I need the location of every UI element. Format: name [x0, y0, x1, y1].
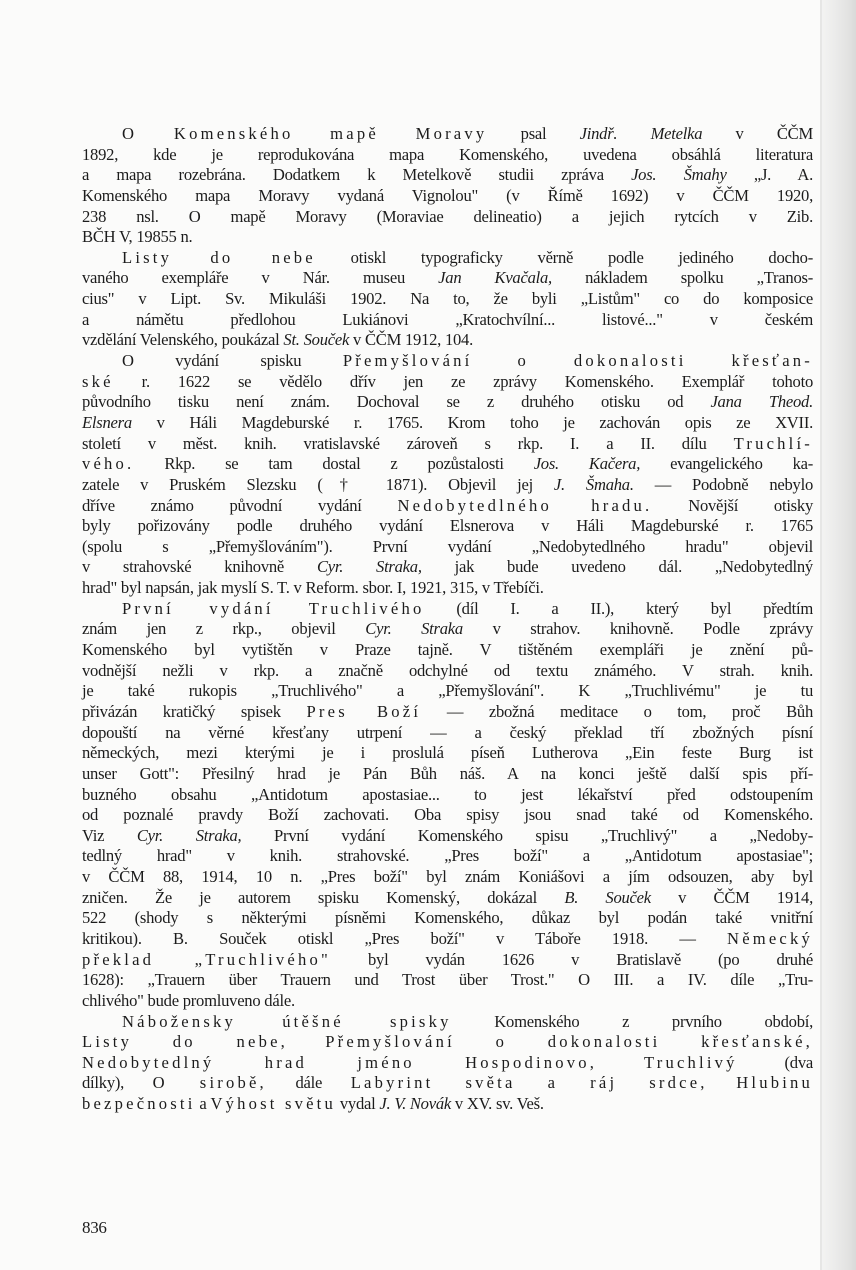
text-run: hrad" byl napsán, jak myslí S. T. v Refo… — [82, 578, 544, 597]
text-run: 1892, kde je reprodukována mapa Komenské… — [82, 145, 813, 164]
text-run: BČH V, 19855 n. — [82, 227, 192, 246]
text-line: ské r. 1622 se vědělo dřív jen ze zprávy… — [82, 372, 813, 393]
text-line: znám jen z rkp., objevil Cyr. Straka v s… — [82, 619, 813, 640]
page-edge-shadow — [820, 0, 856, 1270]
text-line: německých, mezi kterými je i proslulá pí… — [82, 743, 813, 764]
text-run: zatele v Pruském Slezsku († 1871). Objev… — [82, 475, 554, 494]
italic-name-text: Jos. Kačera, — [534, 454, 640, 473]
text-run: byl vydán 1626 v Bratislavě (po druhé — [331, 950, 813, 969]
text-line: původního tisku není znám. Dochoval se z… — [82, 392, 813, 413]
text-line: vaného exempláře v Nár. museu Jan Kvačal… — [82, 268, 813, 289]
text-line: Komenského byl vytištěn v Praze tajně. V… — [82, 640, 813, 661]
text-line: zničen. Že je autorem spisku Komenský, d… — [82, 888, 813, 909]
text-run: v strahov. knihovně. Podle zprávy — [463, 619, 813, 638]
text-run: jak bude uvedeno dál. „Nedobytedlný — [422, 557, 813, 576]
text-run: století v měst. knih. vratislavské zárov… — [82, 434, 734, 453]
text-run: vydal — [336, 1094, 379, 1113]
text-run: dříve známo původní vydání — [82, 496, 397, 515]
text-line: 1628): „Trauern über Trauern und Trost ü… — [82, 970, 813, 991]
italic-name-text: J. V. Novák — [379, 1094, 451, 1113]
text-run: v Háli Magdeburské r. 1765. Krom toho je… — [132, 413, 813, 432]
text-run: německých, mezi kterými je i proslulá pí… — [82, 743, 813, 762]
text-run: buzného obsahu „Antidotum apostasiae... … — [82, 785, 813, 804]
text-run: dílky), — [82, 1073, 153, 1092]
text-line: 522 (shody s některými písněmi Komenskéh… — [82, 908, 813, 929]
text-run: r. 1622 se vědělo dřív jen ze zprávy Kom… — [114, 372, 813, 391]
text-line: Elsnera v Háli Magdeburské r. 1765. Krom… — [82, 413, 813, 434]
text-line: Nábožensky útěšné spisky Komenského z pr… — [82, 1012, 813, 1033]
spaced-title-text: Listy do nebe, — [82, 1032, 288, 1051]
italic-name-text: Jan Kvačala, — [438, 268, 552, 287]
text-line: dopouští na věrné křesťany utrpení — a č… — [82, 723, 813, 744]
text-run: 238 nsl. O mapě Moravy (Moraviae delinea… — [82, 207, 813, 226]
text-run: Rkp. se tam dostal z pozůstalosti — [134, 454, 533, 473]
paragraph: Listy do nebe otiskl typograficky věrně … — [82, 248, 813, 351]
spaced-title-text: překlad „Truchlivého" — [82, 950, 331, 969]
text-run: dopouští na věrné křesťany utrpení — a č… — [82, 723, 813, 742]
text-run: psal — [487, 124, 579, 143]
text-run: O vydání spisku — [122, 351, 343, 370]
text-run: kritikou). B. Souček otiskl „Pres boží" … — [82, 929, 727, 948]
text-run: vzdělání Velenského, poukázal — [82, 330, 283, 349]
text-run: Viz — [82, 826, 137, 845]
text-run: v ČČM 1914, — [651, 888, 813, 907]
text-line: kritikou). B. Souček otiskl „Pres boží" … — [82, 929, 813, 950]
text-run: — Podobně nebylo — [634, 475, 813, 494]
spaced-title-text: Nedobytedlného hradu. — [397, 496, 652, 515]
text-line: hrad" byl napsán, jak myslí S. T. v Refo… — [82, 578, 813, 599]
italic-name-text: St. Souček — [283, 330, 349, 349]
text-line: bezpečnosti a Výhost světu vydal J. V. N… — [82, 1094, 813, 1115]
text-run: — zbožná meditace o tom, proč Bůh — [421, 702, 813, 721]
spaced-title-text: Přemyšlování o dokonalosti křesťanské, — [325, 1032, 813, 1051]
text-run: v ČČM 1912, 104. — [349, 330, 473, 349]
text-line: v ČČM 88, 1914, 10 n. „Pres boží" byl zn… — [82, 867, 813, 888]
text-run: vodnější nežli v rkp. a značně odchylné … — [82, 661, 813, 680]
italic-name-text: Cyr. Straka, — [317, 557, 422, 576]
spaced-title-text: Truchlí- — [734, 434, 813, 453]
spaced-title-text: vého. — [82, 454, 134, 473]
italic-name-text: B. Souček — [564, 888, 651, 907]
text-line: dříve známo původní vydání Nedobytedlnéh… — [82, 496, 813, 517]
text-line: O Komenského mapě Moravy psal Jindř. Met… — [82, 124, 813, 145]
text-run: otiskl typograficky věrně podle jediného… — [316, 248, 813, 267]
spaced-title-text: O sirobě, — [153, 1073, 267, 1092]
text-run: 522 (shody s některými písněmi Komenskéh… — [82, 908, 813, 927]
text-line: BČH V, 19855 n. — [82, 227, 813, 248]
spaced-title-text: bezpečnosti — [82, 1094, 196, 1113]
text-line: cius" v Lipt. Sv. Mikuláši 1902. Na to, … — [82, 289, 813, 310]
text-line: chlivého" bude promluveno dále. — [82, 991, 813, 1012]
text-line: a mapa rozebrána. Dodatkem k Metelkově s… — [82, 165, 813, 186]
text-run: a mapa rozebrána. Dodatkem k Metelkově s… — [82, 165, 631, 184]
spaced-title-text: Přemyšlování o dokonalosti křesťan- — [343, 351, 813, 370]
text-line: 1892, kde je reprodukována mapa Komenské… — [82, 145, 813, 166]
text-run: v XV. sv. Veš. — [451, 1094, 544, 1113]
text-run: (spolu s „Přemyšlováním"). První vydání … — [82, 537, 813, 556]
spaced-title-text: Pres Boží — [307, 702, 422, 721]
text-run: (díl I. a II.), který byl předtím — [424, 599, 813, 618]
text-run: od poznalé pravdy Boží zachovati. Oba sp… — [82, 805, 813, 824]
spaced-title-text: O Komenského mapě Moravy — [122, 124, 487, 143]
text-line: vodnější nežli v rkp. a značně odchylné … — [82, 661, 813, 682]
italic-name-text: J. Šmaha. — [554, 475, 634, 494]
text-run: chlivého" bude promluveno dále. — [82, 991, 295, 1010]
text-line: vého. Rkp. se tam dostal z pozůstalosti … — [82, 454, 813, 475]
text-run: zničen. Že je autorem spisku Komenský, d… — [82, 888, 564, 907]
text-run: v strahovské knihovně — [82, 557, 317, 576]
text-run: v ČČM — [702, 124, 813, 143]
text-line: v strahovské knihovně Cyr. Straka, jak b… — [82, 557, 813, 578]
paragraph: O Komenského mapě Moravy psal Jindř. Met… — [82, 124, 813, 248]
text-run: v ČČM 88, 1914, 10 n. „Pres boží" byl zn… — [82, 867, 813, 886]
italic-name-text: Jindř. Metelka — [580, 124, 703, 143]
text-line: buzného obsahu „Antidotum apostasiae... … — [82, 785, 813, 806]
text-run: původního tisku není znám. Dochoval se z… — [82, 392, 710, 411]
italic-name-text: Jos. Šmahy — [631, 165, 727, 184]
text-run — [708, 1073, 737, 1092]
spaced-title-text: Výhost světu — [210, 1094, 336, 1113]
text-run: (dva — [738, 1053, 813, 1072]
text-line: Viz Cyr. Straka, První vydání Komenského… — [82, 826, 813, 847]
spaced-title-text: Truchlivý — [644, 1053, 738, 1072]
spaced-title-text: Nedobytedlný hrad jméno Hospodinovo, — [82, 1053, 597, 1072]
text-line: Nedobytedlný hrad jméno Hospodinovo, Tru… — [82, 1053, 813, 1074]
text-line: přivázán kratičký spisek Pres Boží — zbo… — [82, 702, 813, 723]
text-run: Komenského z prvního období, — [452, 1012, 813, 1031]
text-run: Novější otisky — [652, 496, 813, 515]
text-run: „J. A. — [727, 165, 813, 184]
text-run: Komenského mapa Moravy vydaná Vignolou" … — [82, 186, 813, 205]
text-line: První vydání Truchlivého (díl I. a II.),… — [82, 599, 813, 620]
text-run: znám jen z rkp., objevil — [82, 619, 365, 638]
spaced-title-text: První vydání Truchlivého — [122, 599, 424, 618]
page-number: 836 — [82, 1218, 107, 1238]
text-run: přivázán kratičký spisek — [82, 702, 307, 721]
text-line: Listy do nebe, Přemyšlování o dokonalost… — [82, 1032, 813, 1053]
spaced-title-text: ské — [82, 372, 114, 391]
text-line: zatele v Pruském Slezsku († 1871). Objev… — [82, 475, 813, 496]
text-line: dílky), O sirobě, dále Labyrint světa a … — [82, 1073, 813, 1094]
text-line: Komenského mapa Moravy vydaná Vignolou" … — [82, 186, 813, 207]
text-run: unser Gott": Přesilný hrad je Pán Bůh ná… — [82, 764, 813, 783]
spaced-title-text: Labyrint světa a ráj srdce, — [351, 1073, 708, 1092]
paragraph: Nábožensky útěšné spisky Komenského z pr… — [82, 1012, 813, 1115]
text-run: evangelického ka- — [640, 454, 813, 473]
text-line: od poznalé pravdy Boží zachovati. Oba sp… — [82, 805, 813, 826]
text-run: a — [196, 1094, 211, 1113]
text-run: byly pořizovány podle druhého vydání Els… — [82, 516, 813, 535]
italic-name-text: Cyr. Straka — [365, 619, 463, 638]
text-line: a námětu předlohou Lukiánovi „Kratochvíl… — [82, 310, 813, 331]
text-run: dále — [267, 1073, 351, 1092]
paragraph: O vydání spisku Přemyšlování o dokonalos… — [82, 351, 813, 599]
italic-name-text: Elsnera — [82, 413, 132, 432]
text-line: byly pořizovány podle druhého vydání Els… — [82, 516, 813, 537]
text-line: vzdělání Velenského, poukázal St. Souček… — [82, 330, 813, 351]
text-line: unser Gott": Přesilný hrad je Pán Bůh ná… — [82, 764, 813, 785]
spaced-title-text: Hlubinu — [736, 1073, 813, 1092]
text-line: Listy do nebe otiskl typograficky věrně … — [82, 248, 813, 269]
text-run: cius" v Lipt. Sv. Mikuláši 1902. Na to, … — [82, 289, 813, 308]
paragraph: První vydání Truchlivého (díl I. a II.),… — [82, 599, 813, 1012]
spaced-title-text: Listy do nebe — [122, 248, 316, 267]
text-line: (spolu s „Přemyšlováním"). První vydání … — [82, 537, 813, 558]
text-line: překlad „Truchlivého" byl vydán 1626 v B… — [82, 950, 813, 971]
scanned-book-page: { "page": { "page_number": "836", "parag… — [0, 0, 856, 1270]
spaced-title-text: Německý — [727, 929, 813, 948]
text-run: Komenského byl vytištěn v Praze tajně. V… — [82, 640, 813, 659]
text-line: je také rukopis „Truchlivého" a „Přemyšl… — [82, 681, 813, 702]
text-line: století v měst. knih. vratislavské zárov… — [82, 434, 813, 455]
text-run — [288, 1032, 325, 1051]
text-line: 238 nsl. O mapě Moravy (Moraviae delinea… — [82, 207, 813, 228]
text-run: tedlný hrad" v knih. strahovské. „Pres b… — [82, 846, 813, 865]
text-run: 1628): „Trauern über Trauern und Trost ü… — [82, 970, 813, 989]
italic-name-text: Cyr. Straka, — [137, 826, 242, 845]
text-run: nákladem spolku „Tranos- — [552, 268, 813, 287]
text-run — [597, 1053, 644, 1072]
text-line: tedlný hrad" v knih. strahovské. „Pres b… — [82, 846, 813, 867]
italic-name-text: Jana Theod. — [710, 392, 813, 411]
text-run: První vydání Komenského spisu „Truchlivý… — [241, 826, 813, 845]
page-body: O Komenského mapě Moravy psal Jindř. Met… — [82, 124, 813, 1115]
text-run: je také rukopis „Truchlivého" a „Přemyšl… — [82, 681, 813, 700]
spaced-title-text: Nábožensky útěšné spisky — [122, 1012, 452, 1031]
text-line: O vydání spisku Přemyšlování o dokonalos… — [82, 351, 813, 372]
text-run: vaného exempláře v Nár. museu — [82, 268, 438, 287]
text-run: a námětu předlohou Lukiánovi „Kratochvíl… — [82, 310, 813, 329]
